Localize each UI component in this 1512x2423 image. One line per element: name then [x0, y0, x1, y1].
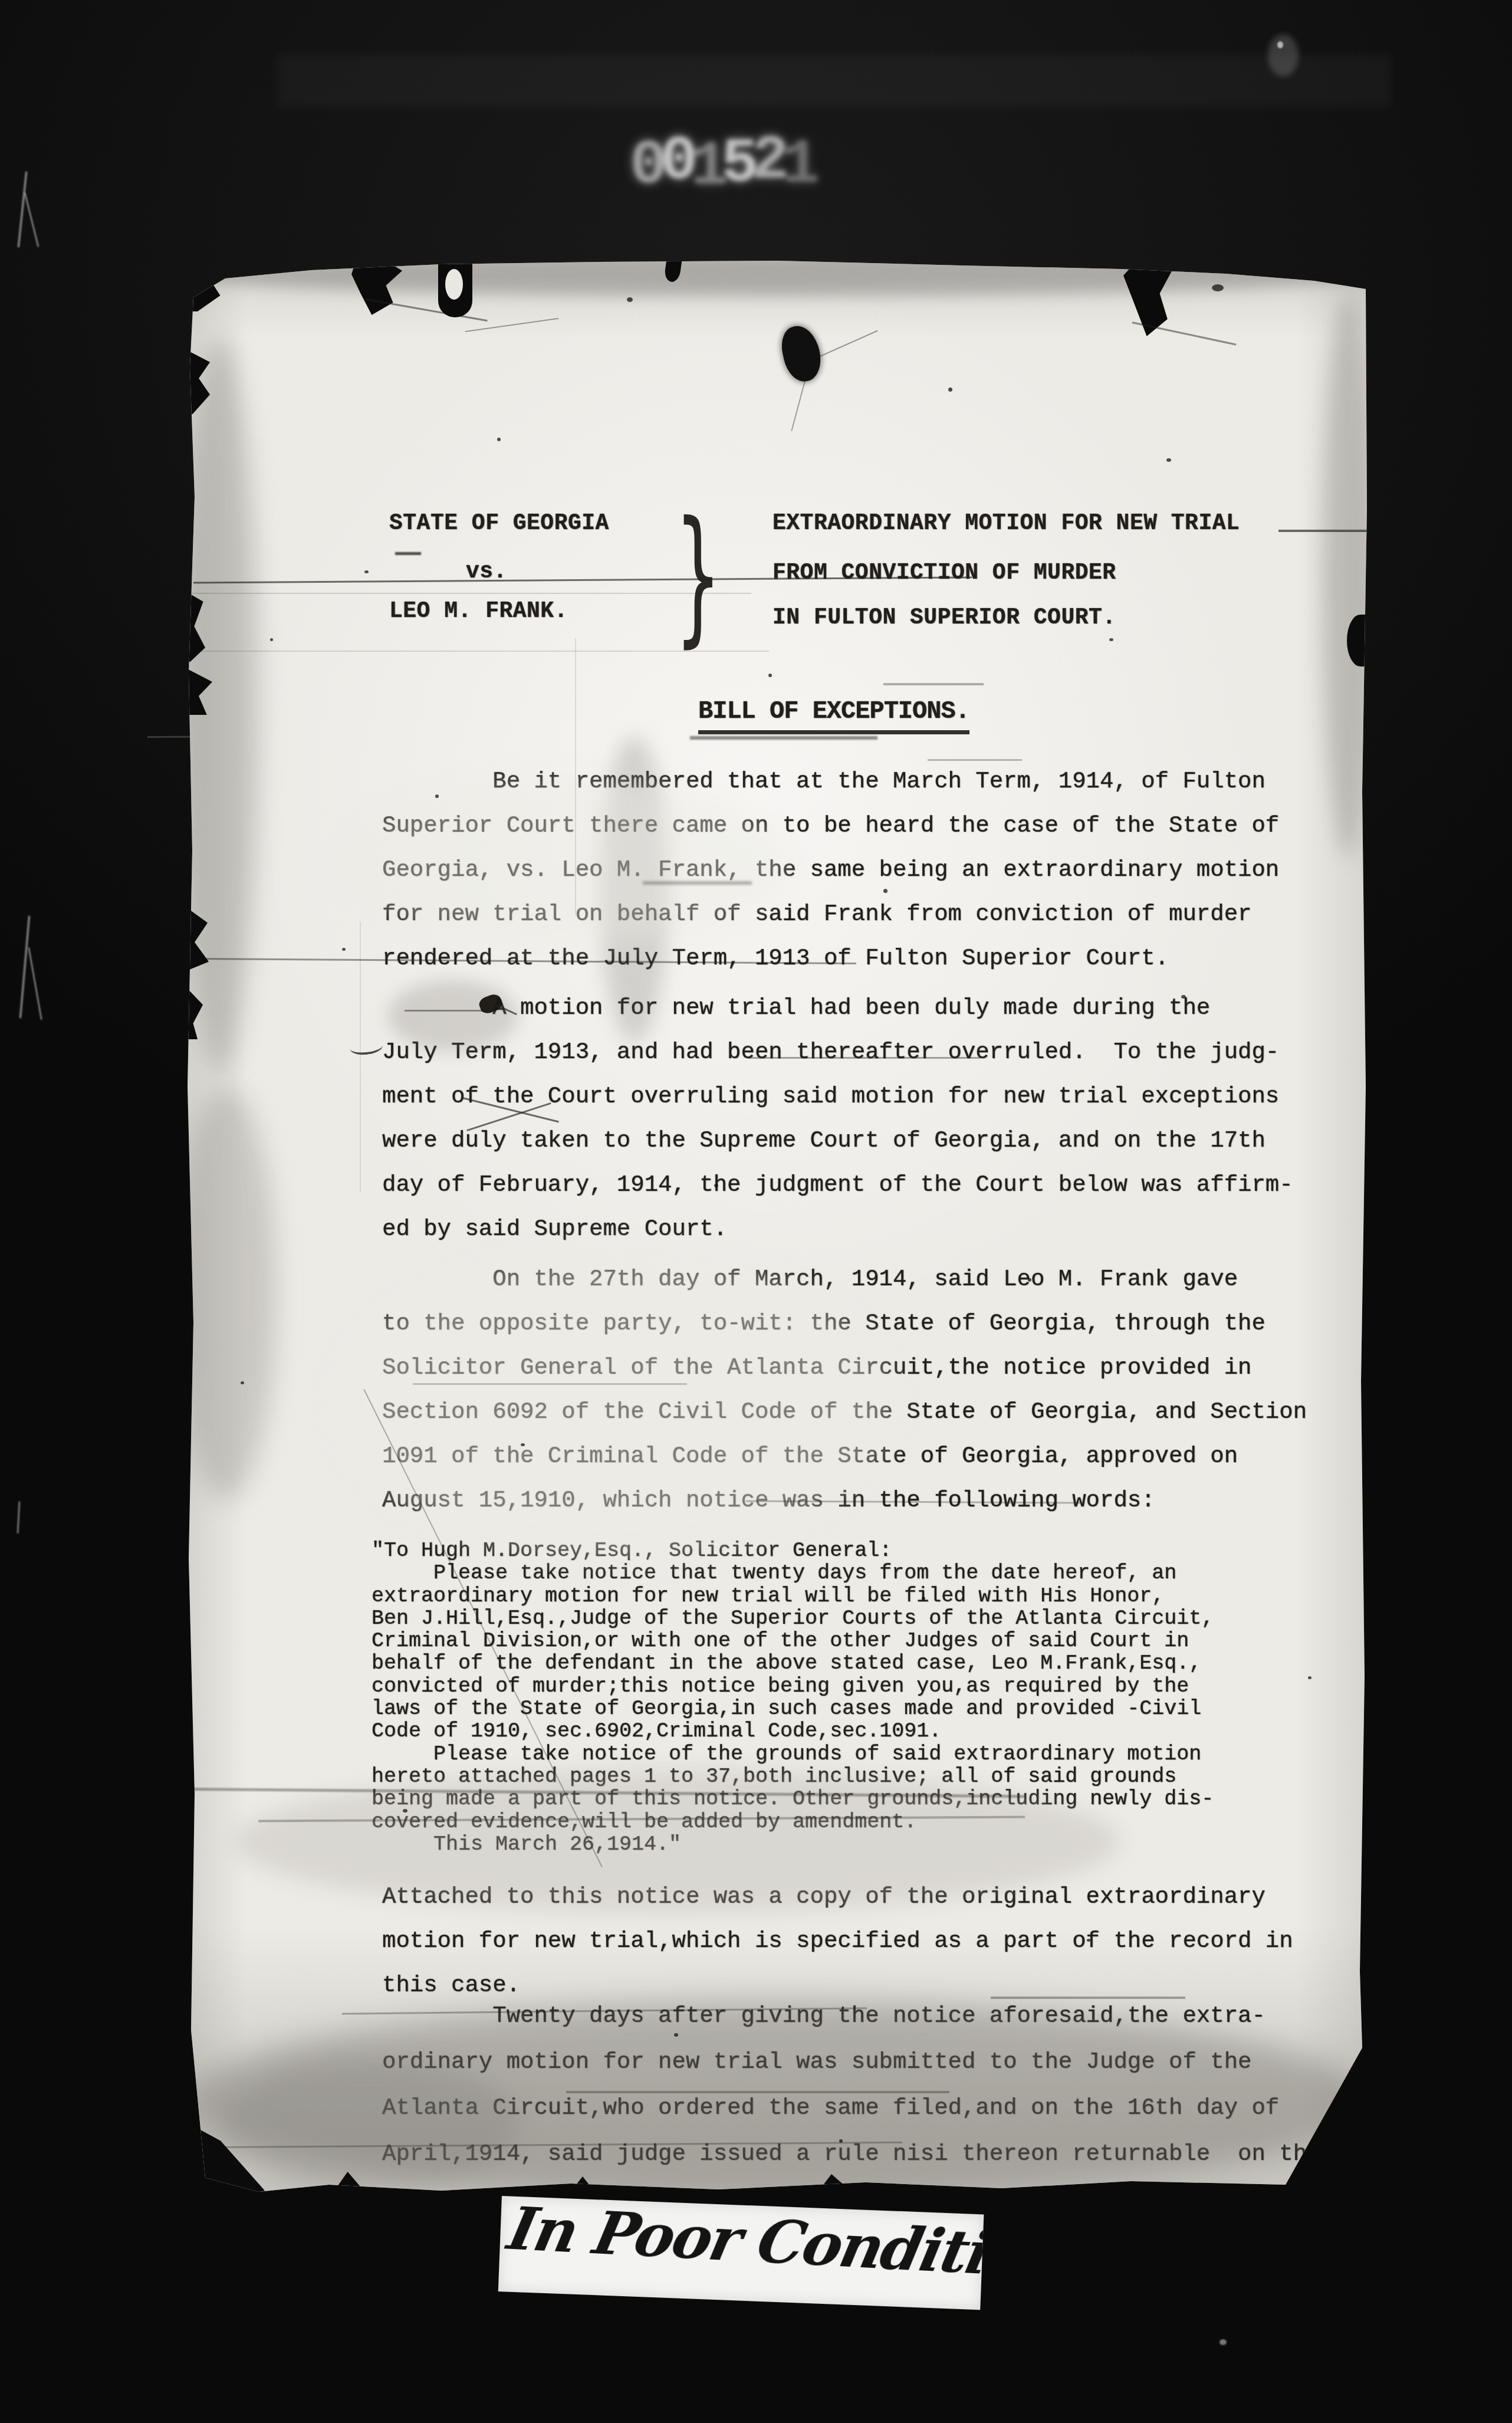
- pen-hook: [349, 1038, 383, 1056]
- text-line: day of February, 1914, the judgment of t…: [382, 1163, 1293, 1207]
- text-line: behalf of the defendant in the above sta…: [372, 1652, 1214, 1675]
- smear-line: [643, 881, 752, 885]
- film-scratch: [28, 947, 42, 1020]
- paper-tear: [1347, 615, 1369, 667]
- caption-motion-line: EXTRAORDINARY MOTION FOR NEW TRIAL: [773, 511, 1240, 536]
- fade-patch: [341, 780, 789, 945]
- counter-digit: 0: [660, 126, 691, 197]
- counter-digit: 5: [721, 129, 752, 199]
- document-page: STATE OF GEORGIA vs. LEO M. FRANK. } EXT…: [188, 261, 1367, 2195]
- ink-speck: [768, 674, 772, 677]
- ink-speck: [714, 1184, 718, 1187]
- stain: [176, 1086, 276, 1499]
- fade-patch: [335, 1252, 895, 1558]
- pen-dash: [405, 1010, 484, 1012]
- tear-hole: [445, 269, 463, 300]
- ink-speck: [435, 794, 439, 798]
- crack-line: [818, 330, 877, 358]
- paper-tear: [185, 258, 226, 311]
- page-title: BILL OF EXCEPTIONS.: [698, 697, 969, 734]
- ink-speck: [1181, 995, 1186, 999]
- text-line: convicted of murder;this notice being gi…: [372, 1675, 1214, 1698]
- film-scratch: [24, 192, 40, 247]
- text-line: rendered at the July Term, 1913 of Fulto…: [382, 937, 1279, 981]
- ink-speck: [1166, 458, 1171, 462]
- text-line: motion for new trial,which is specified …: [382, 1919, 1293, 1964]
- ink-speck: [364, 570, 369, 573]
- caption-bracket: }: [675, 505, 722, 646]
- scratch-line: [928, 759, 1022, 761]
- text-line: extraordinary motion for new trial will …: [372, 1585, 1214, 1607]
- paper-tear: [778, 323, 825, 385]
- fold-line: [360, 921, 361, 1193]
- stain: [223, 2060, 518, 2189]
- paper-tear: [1123, 258, 1175, 336]
- scratch-line: [413, 1383, 687, 1385]
- stain: [1323, 296, 1373, 856]
- ink-speck: [1212, 284, 1224, 291]
- ink-speck: [1028, 1278, 1031, 1282]
- text-line: Please take notice that twenty days from…: [372, 1562, 1214, 1584]
- film-frame-counter: 001521: [630, 127, 813, 198]
- text-line: ed by said Supreme Court.: [382, 1207, 1293, 1252]
- fold-line: [575, 638, 576, 915]
- microfilm-frame: 001521 STATE OF GEORGIA vs. LEO M. FRANK…: [0, 0, 1512, 2423]
- ink-speck: [342, 948, 346, 951]
- pen-dash: [395, 552, 421, 555]
- ink-speck: [948, 388, 952, 392]
- film-scratch: [17, 171, 28, 248]
- text-line: July Term, 1913, and had been thereafter…: [382, 1030, 1293, 1075]
- film-scratch: [19, 915, 30, 1019]
- condition-note: In Poor Condition: [502, 2196, 984, 2292]
- ink-speck: [627, 297, 633, 302]
- paragraph-2: A motion for new trial had been duly mad…: [382, 986, 1293, 1252]
- ink-speck: [403, 1809, 407, 1813]
- caption-defendant: LEO M. FRANK.: [389, 599, 568, 624]
- text-line: Please take notice of the grounds of sai…: [372, 1743, 1214, 1765]
- ink-speck: [497, 438, 501, 441]
- film-ghost-band: [277, 54, 1392, 107]
- strike-line: [748, 1057, 981, 1059]
- ink-speck: [883, 889, 888, 893]
- text-line: Code of 1910, sec.6902,Criminal Code,sec…: [372, 1720, 1214, 1742]
- counter-digit: 0: [630, 130, 660, 201]
- ink-speck: [521, 1443, 525, 1446]
- counter-digit: 1: [782, 130, 813, 201]
- scratch-line: [191, 593, 751, 594]
- caption-plaintiff: STATE OF GEORGIA: [389, 511, 609, 536]
- film-blotch: [1268, 34, 1299, 77]
- counter-digit: 2: [752, 126, 783, 196]
- film-scratch: [17, 1501, 21, 1534]
- ink-speck: [1109, 638, 1113, 641]
- stain: [388, 980, 518, 1051]
- text-line: Ben J.Hill,Esq.,Judge of the Superior Co…: [372, 1607, 1214, 1630]
- scratch-line: [566, 2091, 949, 2093]
- text-line: laws of the State of Georgia,in such cas…: [372, 1698, 1214, 1720]
- scratch-line: [883, 683, 984, 685]
- paper-tear: [438, 258, 472, 317]
- ink-speck: [674, 2033, 678, 2037]
- film-speck: [1220, 2339, 1227, 2345]
- text-line: were duly taken to the Supreme Court of …: [382, 1119, 1293, 1163]
- text-line: Criminal Division,or with one of the oth…: [372, 1630, 1214, 1652]
- film-speck: [1277, 41, 1283, 48]
- condition-label-strip: In Poor Condition: [498, 2196, 984, 2310]
- text-line: A motion for new trial had been duly mad…: [382, 986, 1293, 1030]
- ink-speck: [922, 1597, 925, 1600]
- crack-line: [791, 379, 806, 431]
- scratch-line: [1278, 530, 1367, 532]
- caption-motion-line: IN FULTON SUPERIOR COURT.: [773, 605, 1116, 631]
- scratch-line: [191, 651, 769, 652]
- ink-speck: [241, 1381, 244, 1384]
- counter-digit: 1: [691, 132, 721, 202]
- ink-speck: [1308, 1676, 1312, 1679]
- ink-speck: [270, 638, 273, 641]
- scratch-line: [991, 1997, 1185, 1999]
- ink-speck: [1087, 1939, 1090, 1942]
- caption-motion-line: FROM CONVICTION OF MURDER: [773, 560, 1116, 586]
- ink-speck: [839, 2139, 843, 2143]
